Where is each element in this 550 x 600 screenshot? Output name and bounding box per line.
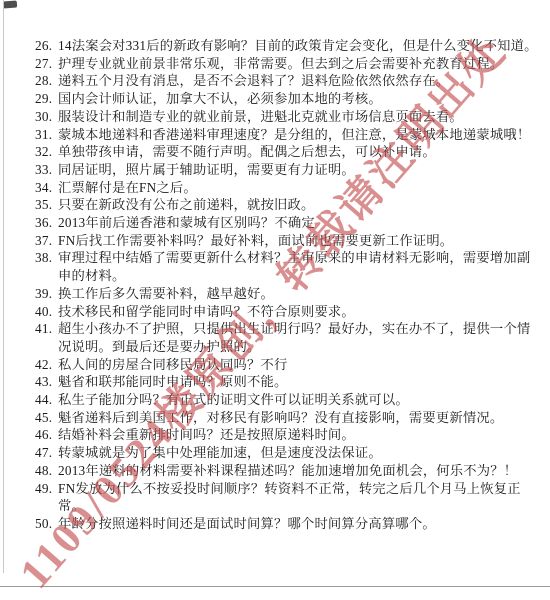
item-text: 审理过程中结婚了需要更新什么材料？主审原来的申请材料无影响，需要增加副申的材料。 xyxy=(58,249,539,284)
item-number: 49. xyxy=(35,480,58,515)
list-item: 41.超生小孩办不了护照，只提供出生证明行吗？最好办，实在办不了，提供一个情况说… xyxy=(0,320,550,355)
item-number: 45. xyxy=(35,409,58,427)
page-edge-bottom xyxy=(0,586,550,587)
item-number: 46. xyxy=(35,426,58,444)
item-number: 39. xyxy=(35,285,58,303)
item-text: 递料五个月没有消息，是否不会退料了？退料危险依然依然存在。 xyxy=(58,72,539,90)
item-text: 超生小孩办不了护照，只提供出生证明行吗？最好办，实在办不了，提供一个情况说明。到… xyxy=(58,320,539,355)
item-number: 47. xyxy=(35,444,58,462)
item-text: 年龄分按照递料时间还是面试时间算？哪个时间算分高算哪个。 xyxy=(58,515,539,533)
list-item: 46.结婚补料会重新排时间吗？还是按照原递料时间。 xyxy=(0,426,550,444)
list-item: 50.年龄分按照递料时间还是面试时间算？哪个时间算分高算哪个。 xyxy=(0,515,550,533)
list-item: 42.私人间的房屋合同移民局认同吗？不行 xyxy=(0,356,550,374)
item-text: 魁省和联邦能同时申请吗？原则不能。 xyxy=(58,373,539,391)
item-text: 护理专业就业前景非常乐观，非常需要。但去到之后会需要补充教育过程。 xyxy=(58,55,539,73)
list-item: 40.技术移民和留学能同时申请吗？不符合原则要求。 xyxy=(0,303,550,321)
item-text: 换工作后多久需要补料，越早越好。 xyxy=(58,285,539,303)
item-text: 单独带孩申请，需要不随行声明。配偶之后想去，可以补申请。 xyxy=(58,143,539,161)
item-text: 技术移民和留学能同时申请吗？不符合原则要求。 xyxy=(58,303,539,321)
item-text: 转蒙城就是为了集中处理能加速，但是速度没法保证。 xyxy=(58,444,539,462)
item-number: 26. xyxy=(35,37,58,55)
item-number: 40. xyxy=(35,303,58,321)
list-item: 28.递料五个月没有消息，是否不会退料了？退料危险依然依然存在。 xyxy=(0,72,550,90)
item-text: 服装设计和制造专业的就业前景，进魁北克就业市场信息页面去看。 xyxy=(58,108,539,126)
list-item: 27.护理专业就业前景非常乐观，非常需要。但去到之后会需要补充教育过程。 xyxy=(0,55,550,73)
item-number: 29. xyxy=(35,90,58,108)
list-item: 36.2013年前后递香港和蒙城有区别吗？不确定 xyxy=(0,214,550,232)
item-text: 蒙城本地递料和香港递料审理速度？是分组的，但注意，是蒙城本地递蒙城哦！ xyxy=(58,126,539,144)
item-number: 31. xyxy=(35,126,58,144)
list-item: 29.国内会计师认证，加拿大不认，必须参加本地的考核。 xyxy=(0,90,550,108)
item-text: 私生子能加分吗？有正式的证明文件可以证明关系就可以。 xyxy=(58,391,539,409)
list-item: 47.转蒙城就是为了集中处理能加速，但是速度没法保证。 xyxy=(0,444,550,462)
item-number: 32. xyxy=(35,143,58,161)
item-number: 48. xyxy=(35,462,58,480)
item-number: 50. xyxy=(35,515,58,533)
list-item: 31.蒙城本地递料和香港递料审理速度？是分组的，但注意，是蒙城本地递蒙城哦！ xyxy=(0,126,550,144)
item-text: FN后找工作需要补料吗？最好补料，面试前也需要更新工作证明。 xyxy=(58,232,539,250)
item-number: 27. xyxy=(35,55,58,73)
list-item: 44.私生子能加分吗？有正式的证明文件可以证明关系就可以。 xyxy=(0,391,550,409)
list-item: 49.FN发放为什么不按妥投时间顺序？转资料不正常，转完之后几个月马上恢复正常。 xyxy=(0,480,550,515)
list-item: 35.只要在新政没有公布之前递料，就按旧政。 xyxy=(0,196,550,214)
item-number: 43. xyxy=(35,373,58,391)
item-text: 结婚补料会重新排时间吗？还是按照原递料时间。 xyxy=(58,426,539,444)
item-text: FN发放为什么不按妥投时间顺序？转资料不正常，转完之后几个月马上恢复正常。 xyxy=(58,480,539,515)
item-text: 2013年递料的材料需要补料课程描述吗？能加速增加免面机会，何乐不为？！ xyxy=(58,462,539,480)
list-item: 45.魁省递料后到美国工作，对移民有影响吗？没有直接影响，需要更新情况。 xyxy=(0,409,550,427)
item-number: 36. xyxy=(35,214,58,232)
list-item: 39.换工作后多久需要补料，越早越好。 xyxy=(0,285,550,303)
list-item: 26.14法案会对331后的新政有影响？目前的政策肯定会变化，但是什么变化不知道… xyxy=(0,37,550,55)
list-item: 37.FN后找工作需要补料吗？最好补料，面试前也需要更新工作证明。 xyxy=(0,232,550,250)
item-number: 28. xyxy=(35,72,58,90)
list-item: 38.审理过程中结婚了需要更新什么材料？主审原来的申请材料无影响，需要增加副申的… xyxy=(0,249,550,284)
list-item: 33.同居证明，照片属于辅助证明，需要更有力证明。 xyxy=(0,161,550,179)
scan-ink-mark xyxy=(3,1,17,9)
list-item: 30.服装设计和制造专业的就业前景，进魁北克就业市场信息页面去看。 xyxy=(0,108,550,126)
item-number: 30. xyxy=(35,108,58,126)
item-number: 34. xyxy=(35,179,58,197)
item-number: 38. xyxy=(35,249,58,284)
list-item: 43.魁省和联邦能同时申请吗？原则不能。 xyxy=(0,373,550,391)
item-number: 33. xyxy=(35,161,58,179)
item-text: 私人间的房屋合同移民局认同吗？不行 xyxy=(58,356,539,374)
item-text: 只要在新政没有公布之前递料，就按旧政。 xyxy=(58,196,539,214)
list-item: 32.单独带孩申请，需要不随行声明。配偶之后想去，可以补申请。 xyxy=(0,143,550,161)
item-number: 44. xyxy=(35,391,58,409)
item-number: 42. xyxy=(35,356,58,374)
item-text: 14法案会对331后的新政有影响？目前的政策肯定会变化，但是什么变化不知道。 xyxy=(58,37,539,55)
list-item: 48.2013年递料的材料需要补料课程描述吗？能加速增加免面机会，何乐不为？！ xyxy=(0,462,550,480)
faq-list: 26.14法案会对331后的新政有影响？目前的政策肯定会变化，但是什么变化不知道… xyxy=(0,37,550,533)
item-number: 35. xyxy=(35,196,58,214)
item-text: 汇票解付是在FN之后。 xyxy=(58,179,539,197)
item-text: 2013年前后递香港和蒙城有区别吗？不确定 xyxy=(58,214,539,232)
item-text: 国内会计师认证，加拿大不认，必须参加本地的考核。 xyxy=(58,90,539,108)
item-number: 37. xyxy=(35,232,58,250)
list-item: 34.汇票解付是在FN之后。 xyxy=(0,179,550,197)
item-number: 41. xyxy=(35,320,58,355)
item-text: 魁省递料后到美国工作，对移民有影响吗？没有直接影响，需要更新情况。 xyxy=(58,409,539,427)
item-text: 同居证明，照片属于辅助证明，需要更有力证明。 xyxy=(58,161,539,179)
document-page: { "watermark": { "text": "1109/0524楼原创，转… xyxy=(0,0,550,600)
